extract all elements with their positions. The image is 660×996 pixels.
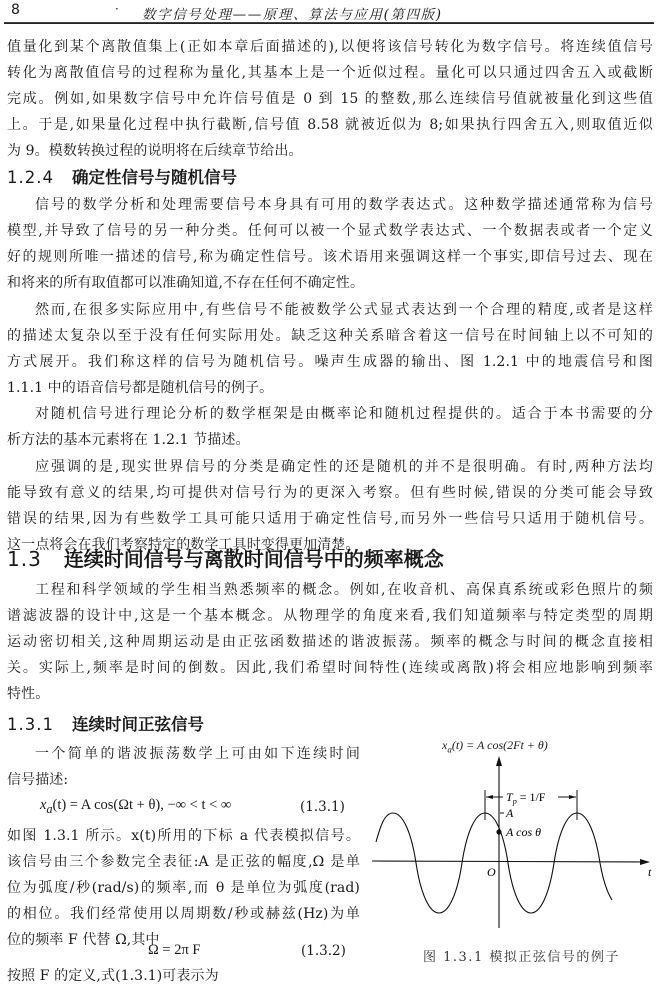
text-line: 完成。例如,如果数字信号中允许信号值是 0 到 15 的整数,那么连续信号值就被… bbox=[7, 89, 653, 109]
text-line: 如图 1.3.1 所示。x(t)所用的下标 a 代表模拟信号。 bbox=[7, 826, 360, 846]
text-line: 1.1.1 中的语音信号都是随机信号的例子。 bbox=[7, 378, 653, 398]
sinusoid-curve bbox=[376, 813, 612, 913]
section-heading-1-3-1: 1.3.1连续时间正弦信号 bbox=[7, 711, 204, 735]
text-line: 应强调的是,现实世界信号的分类是确定性的还是随机的并不是很明确。有时,两种方法均 bbox=[35, 457, 653, 477]
header-rule bbox=[4, 22, 654, 24]
text-line: 方式展开。我们称这样的信号为随机信号。噪声生成器的输出、图 1.2.1 中的地震… bbox=[7, 352, 653, 372]
section-number: 1.2.4 bbox=[7, 168, 54, 187]
period-label: Tp = 1/F bbox=[506, 790, 546, 806]
figure-caption: 图 1.3.1 模拟正弦信号的例子 bbox=[423, 946, 620, 965]
section-title: 连续时间信号与离散时间信号中的频率概念 bbox=[64, 547, 444, 571]
equation-body: (t) = A cos(Ωt + θ), −∞ < t < ∞ bbox=[52, 797, 231, 813]
equation-1-3-2: Ω = 2π F bbox=[148, 942, 200, 959]
section-number: 1.3 bbox=[7, 547, 42, 571]
text-line: 析方法的基本元素将在 1.2.1 节描述。 bbox=[7, 430, 653, 450]
text-line: 好的规则所唯一描述的信号,称为确定性信号。该术语用来强调这样一个事实,即信号过去… bbox=[7, 247, 653, 267]
t-axis-label: t bbox=[648, 865, 652, 879]
text-line: 对随机信号进行理论分析的数学框架是由概率论和随机过程提供的。适合于本书需要的分 bbox=[35, 404, 653, 424]
text-line: 工程和科学领域的学生相当熟悉频率的概念。例如,在收音机、高保真系统或彩色照片的频 bbox=[35, 580, 653, 600]
text-line: 能导致有意义的结果,均可提供对信号行为的更深入考察。但有些时候,错误的分类可能会… bbox=[7, 483, 653, 503]
section-number: 1.3.1 bbox=[7, 715, 54, 734]
page-header: 8 · 数字信号处理——原理、算法与应用(第四版) bbox=[0, 0, 660, 24]
equation-1-3-1: xa(t) = A cos(Ωt + θ), −∞ < t < ∞ bbox=[40, 797, 231, 817]
text-line: 上。于是,如果量化过程中执行截断,信号值 8.58 就被近似为 8;如果执行四舍… bbox=[7, 115, 653, 135]
equation-number: (1.3.2) bbox=[301, 943, 346, 959]
section-title: 连续时间正弦信号 bbox=[72, 715, 204, 734]
text-line: 特性。 bbox=[7, 684, 653, 704]
text-line: 信号描述: bbox=[7, 770, 360, 790]
page-number: 8 bbox=[11, 2, 20, 18]
equation-number: (1.3.1) bbox=[300, 799, 345, 815]
text-line: 运动密切相关,这种周期运动是由正弦函数描述的谐波振荡。频率的概念与时间的概念直接… bbox=[7, 632, 653, 652]
text-line: 按照 F 的定义,式(1.3.1)可表示为 bbox=[7, 966, 360, 986]
text-line: 模型,并导致了信号的另一种分类。任何可以被一个显式数学表达式、一个数据表或者一个… bbox=[7, 221, 653, 241]
arrow-left-icon bbox=[486, 795, 493, 799]
origin-label: O bbox=[487, 865, 496, 879]
text-line: 为 9。模数转换过程的说明将在后续章节给出。 bbox=[7, 141, 653, 161]
text-line: 值量化到某个离散值集上(正如本章后面描述的),以便将该信号转化为数字信号。将连续… bbox=[7, 37, 653, 57]
text-line: 该信号由三个参数完全表征:A 是正弦的幅度,Ω 是单 bbox=[7, 852, 360, 872]
section-heading-1-2-4: 1.2.4确定性信号与随机信号 bbox=[7, 164, 237, 188]
y-axis-arrow-icon bbox=[496, 756, 502, 766]
running-title: 数字信号处理——原理、算法与应用(第四版) bbox=[142, 3, 443, 23]
text-line: 的描述太复杂以至于没有任何实际用处。缺乏这种关系暗含着这一信号在时间轴上以不可知… bbox=[7, 326, 653, 346]
header-mark: · bbox=[115, 2, 119, 16]
text-line: 的相位。我们经常使用以周期数/秒或赫兹(Hz)为单 bbox=[7, 904, 360, 924]
text-line: 和将来的所有取值都可以准确知道,不存在任何不确定性。 bbox=[7, 273, 653, 293]
section-heading-1-3: 1.3连续时间信号与离散时间信号中的频率概念 bbox=[7, 543, 444, 572]
phase-label: A cos θ bbox=[505, 825, 541, 839]
text-line: 谱滤波器的设计中,这是一个基本概念。从物理学的角度来看,我们知道频率与特定类型的… bbox=[7, 606, 653, 626]
text-line: 位为弧度/秒(rad/s)的频率,而 θ 是单位为弧度(rad) bbox=[7, 878, 360, 898]
arrow-right-icon bbox=[569, 795, 576, 799]
amplitude-label: A bbox=[505, 806, 514, 820]
section-title: 确定性信号与随机信号 bbox=[72, 168, 237, 187]
text-line: 关。实际上,频率是时间的倒数。因此,我们希望时间特性(连续或离散)将会相应地影响… bbox=[7, 658, 653, 678]
sinusoid-figure: Tp = 1/F A A cos θ O t bbox=[360, 736, 660, 966]
text-line: 错误的结果,因为有些数学工具可能只适用于确定性信号,而另外一些信号只适用于随机信… bbox=[7, 509, 653, 529]
text-line: 转化为离散值信号的过程称为量化,其基本上是一个近似过程。量化可以只通过四舍五入或… bbox=[7, 63, 653, 83]
phase-point bbox=[496, 829, 501, 834]
text-line: 信号的数学分析和处理需要信号本身具有可用的数学表达式。这种数学描述通常称为信号 bbox=[35, 195, 653, 215]
text-line: 一个简单的谐波振荡数学上可由如下连续时间 bbox=[35, 744, 360, 764]
text-line: 然而,在很多实际应用中,有些信号不能被数学公式显式表达到一个合理的精度,或者是这… bbox=[35, 300, 653, 320]
